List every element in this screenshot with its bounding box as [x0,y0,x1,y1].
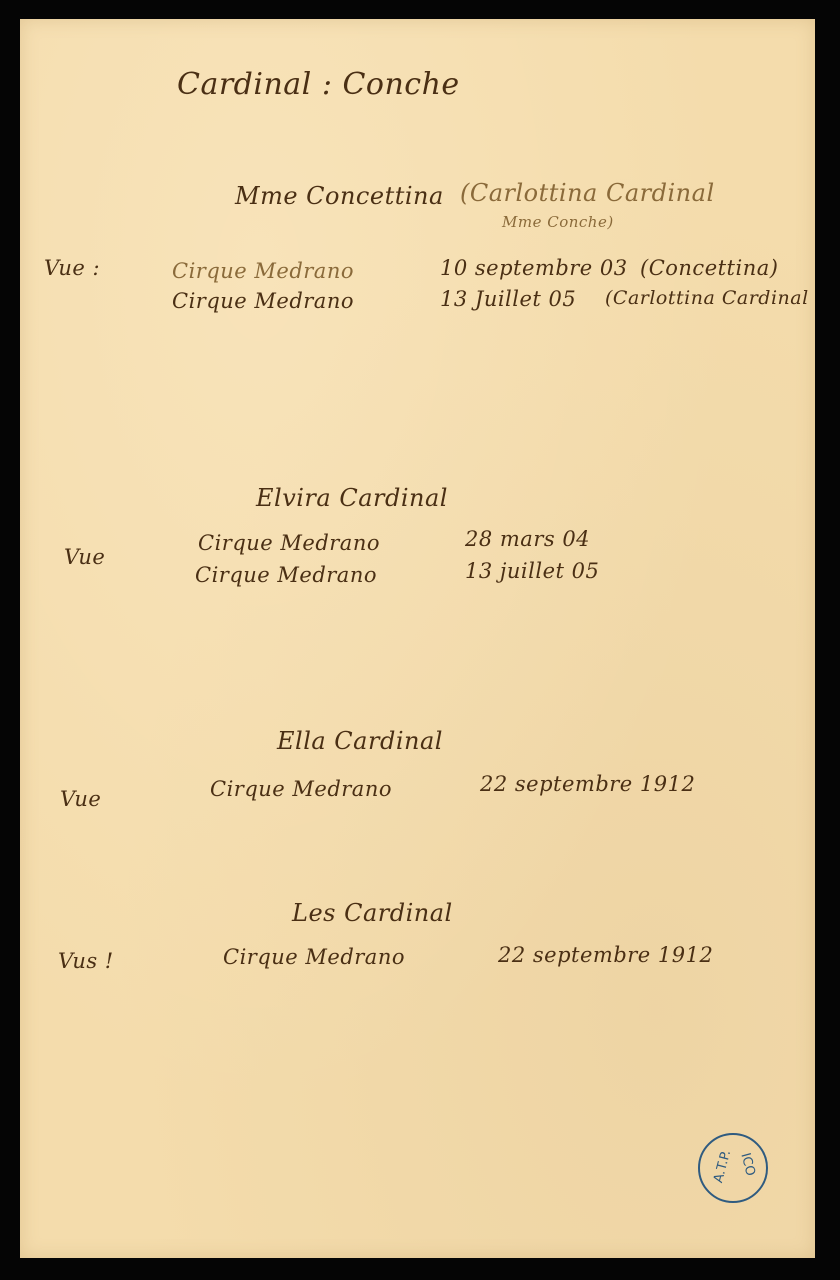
section-1-note-2: (Carlottina Cardinal [605,287,809,309]
section-1-note-1: (Concettina) [640,256,778,280]
section-3-label: Vue [60,787,101,811]
section-2-date-1: 28 mars 04 [465,527,590,551]
section-3-date-1: 22 septembre 1912 [480,772,695,796]
section-2-venue-2: Cirque Medrano [195,563,377,587]
section-1-date-2: 13 Juillet 05 [440,287,576,311]
collection-stamp: A.T.P. ICO [698,1133,768,1203]
section-1-heading: Mme Concettina [235,182,444,210]
stamp-left-text: A.T.P. [711,1148,734,1184]
section-4-label: Vus ! [58,949,114,973]
section-1-venue-2: Cirque Medrano [172,289,354,313]
section-4-heading: Les Cardinal [292,899,453,927]
section-1-heading-note: (Carlottina Cardinal [460,179,715,207]
document-title: Cardinal : Conche [177,67,460,102]
section-2-venue-1: Cirque Medrano [198,531,380,555]
section-4-date-1: 22 septembre 1912 [498,943,713,967]
manuscript-page: Cardinal : Conche Mme Concettina (Carlot… [20,19,815,1258]
section-1-label: Vue : [44,256,100,280]
section-3-heading: Ella Cardinal [277,727,443,755]
section-2-date-2: 13 juillet 05 [465,559,599,583]
section-1-heading-subnote: Mme Conche) [502,213,614,231]
stamp-right-text: ICO [737,1151,757,1177]
section-2-label: Vue [64,545,105,569]
section-1-date-1: 10 septembre 03 [440,256,628,280]
section-1-venue-1: Cirque Medrano [172,259,354,283]
section-3-venue-1: Cirque Medrano [210,777,392,801]
section-2-heading: Elvira Cardinal [256,484,448,512]
section-4-venue-1: Cirque Medrano [223,945,405,969]
